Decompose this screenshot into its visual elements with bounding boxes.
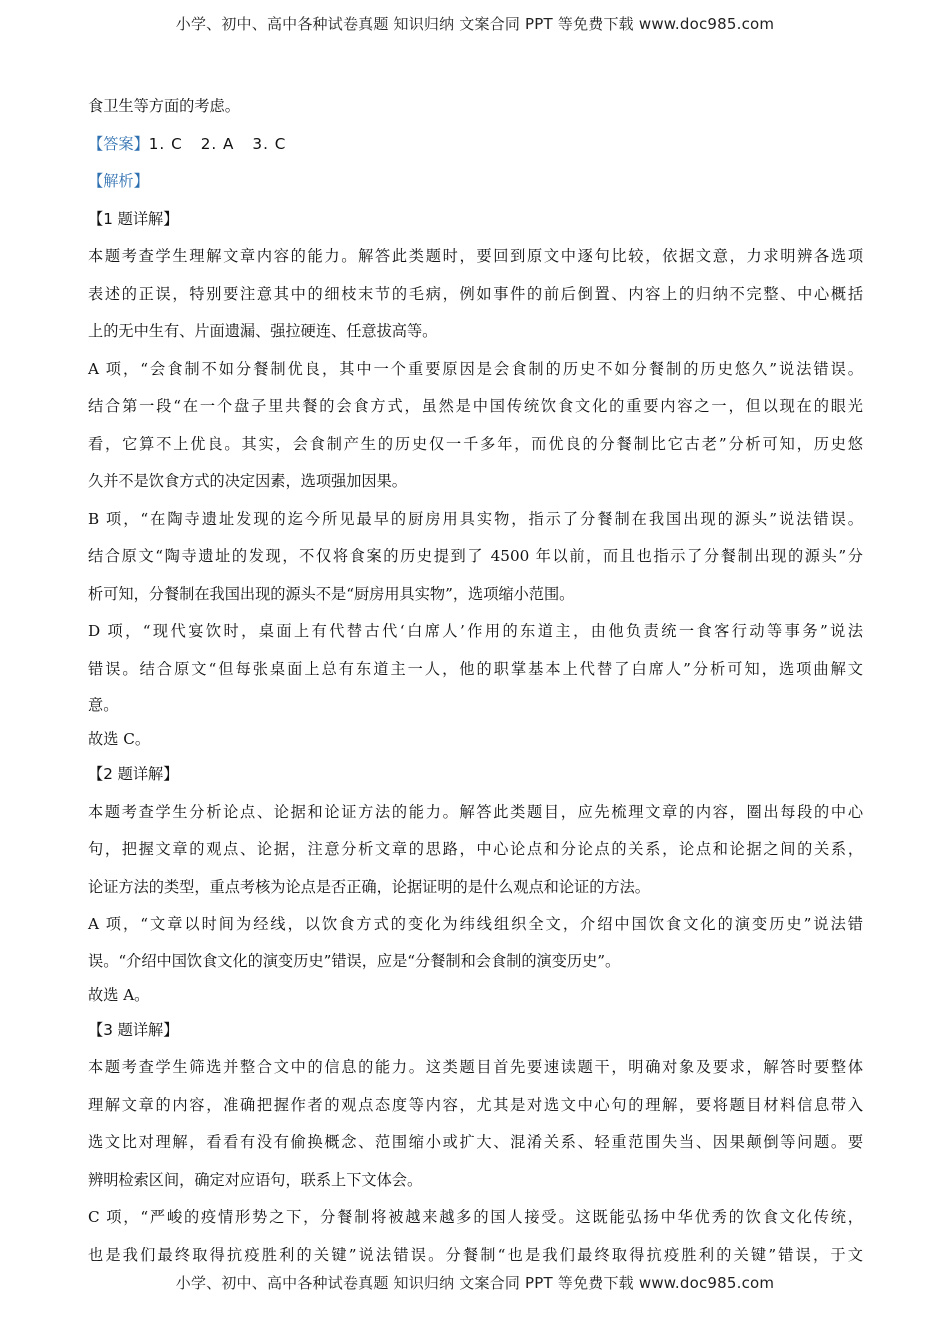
- q1-option-a: A 项，“会食制不如分餐制优良，其中一个重要原因是会食制的历史不如分餐制的历史悠…: [88, 351, 863, 389]
- q3-heading: 【3 题详解】: [88, 1012, 863, 1050]
- q2-line: 句，把握文章的观点、论据，注意分析文章的思路，中心论点和分论点的关系，论点和论据…: [88, 831, 863, 869]
- q1-line: 析可知，分餐制在我国出现的源头不是“厨房用具实物”，选项缩小范围。: [88, 576, 863, 614]
- answer-values: 1. C2. A3. C: [149, 135, 287, 153]
- q3-line: 理解文章的内容，准确把握作者的观点态度等内容，尤其是对选文中心句的理解，要将题目…: [88, 1087, 863, 1125]
- q1-line: 错误。结合原文“但每张桌面上总有东道主一人，他的职掌基本上代替了白席人”分析可知…: [88, 651, 863, 689]
- q2-conclusion: 故选 A。: [88, 978, 863, 1012]
- q1-option-b: B 项，“在陶寺遗址发现的迄今所见最早的厨房用具实物，指示了分餐制在我国出现的源…: [88, 501, 863, 539]
- answer-label: 【答案】: [88, 135, 149, 153]
- q1-line: 看，它算不上优良。其实，会食制产生的历史仅一千多年，而优良的分餐制比它古老”分析…: [88, 426, 863, 464]
- answer-3: 3. C: [252, 135, 286, 153]
- q2-line: 论证方法的类型，重点考核为论点是否正确，论据证明的是什么观点和论证的方法。: [88, 869, 863, 907]
- q1-line: 结合原文“陶寺遗址的发现，不仅将食案的历史提到了 4500 年以前，而且也指示了…: [88, 538, 863, 576]
- q2-option-a: A 项，“文章以时间为经线，以饮食方式的变化为纬线组织全文，介绍中国饮食文化的演…: [88, 906, 863, 944]
- header-banner: 小学、初中、高中各种试卷真题 知识归纳 文案合同 PPT 等免费下载 www.d…: [0, 13, 950, 34]
- q2-line: 误。“介绍中国饮食文化的演变历史”错误，应是“分餐制和会食制的演变历史”。: [88, 944, 863, 978]
- answer-row: 【答案】1. C2. A3. C: [88, 126, 863, 164]
- q1-heading: 【1 题详解】: [88, 201, 863, 239]
- q3-line: 选文比对理解，看看有没有偷换概念、范围缩小或扩大、混淆关系、轻重范围失当、因果颠…: [88, 1124, 863, 1162]
- q2-line: 本题考查学生分析论点、论据和论证方法的能力。解答此类题目，应先梳理文章的内容，圈…: [88, 794, 863, 832]
- q3-option-c: C 项，“严峻的疫情形势之下，分餐制将被越来越多的国人接受。这既能弘扬中华优秀的…: [88, 1199, 863, 1237]
- q1-conclusion: 故选 C。: [88, 722, 863, 756]
- document-body: 食卫生等方面的考虑。 【答案】1. C2. A3. C 【解析】 【1 题详解】…: [88, 88, 863, 1274]
- answer-1: 1. C: [149, 135, 183, 153]
- analysis-label: 【解析】: [88, 163, 863, 201]
- answer-2: 2. A: [201, 135, 235, 153]
- intro-line: 食卫生等方面的考虑。: [88, 88, 863, 126]
- q3-line: 本题考查学生筛选并整合文中的信息的能力。这类题目首先要速读题干，明确对象及要求，…: [88, 1049, 863, 1087]
- footer-banner: 小学、初中、高中各种试卷真题 知识归纳 文案合同 PPT 等免费下载 www.d…: [0, 1272, 950, 1293]
- q1-line: 意。: [88, 688, 863, 722]
- q1-line: 本题考查学生理解文章内容的能力。解答此类题时，要回到原文中逐句比较，依据文意，力…: [88, 238, 863, 276]
- q1-option-d: D 项，“现代宴饮时，桌面上有代替古代‘白席人’作用的东道主，由他负责统一食客行…: [88, 613, 863, 651]
- q1-line: 久并不是饮食方式的决定因素，选项强加因果。: [88, 463, 863, 501]
- q1-line: 上的无中生有、片面遗漏、强拉硬连、任意拔高等。: [88, 313, 863, 351]
- q3-line: 也是我们最终取得抗疫胜利的关键”说法错误。分餐制“也是我们最终取得抗疫胜利的关键…: [88, 1237, 863, 1275]
- q3-line: 辨明检索区间，确定对应语句，联系上下文体会。: [88, 1162, 863, 1200]
- q1-line: 表述的正误，特别要注意其中的细枝末节的毛病，例如事件的前后倒置、内容上的归纳不完…: [88, 276, 863, 314]
- q1-line: 结合第一段“在一个盘子里共餐的会食方式，虽然是中国传统饮食文化的重要内容之一，但…: [88, 388, 863, 426]
- q2-heading: 【2 题详解】: [88, 756, 863, 794]
